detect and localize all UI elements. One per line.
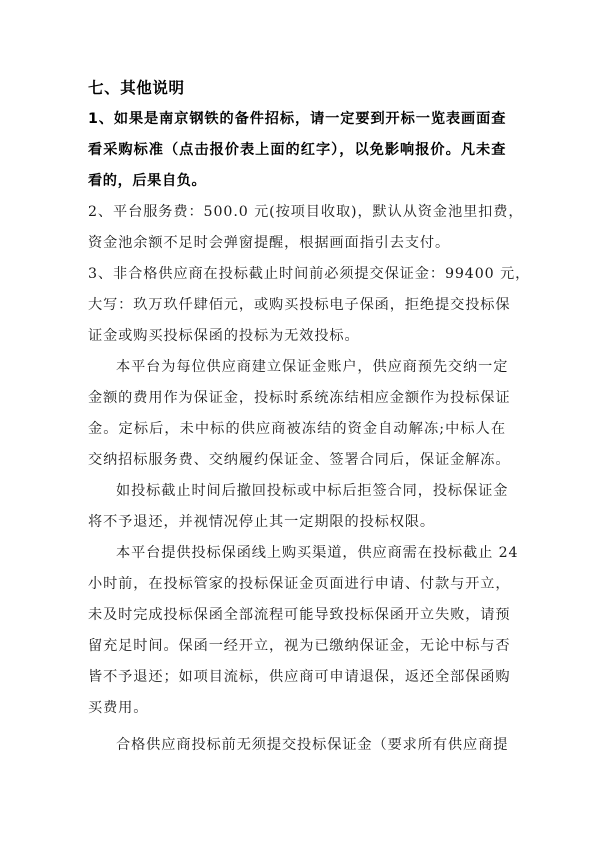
para3-line-4: 留充足时间。保函一经开立，视为已缴纳保证金，无论中标与否: [88, 637, 506, 655]
para3-line-1: 本平台提供投标保函线上购买渠道，供应商需在投标截止 24: [88, 544, 506, 562]
para3-line-5: 皆不予退还；如项目流标，供应商可申请退保，返还全部保函购: [88, 668, 506, 686]
para4-line-1: 合格供应商投标前无须提交投标保证金（要求所有供应商提: [88, 736, 506, 754]
section-heading: 七、其他说明: [88, 79, 506, 97]
para1-line-3: 金。定标后，未中标的供应商被冻结的资金自动解冻;中标人在: [88, 420, 506, 438]
para2-line-1: 如投标截止时间后撤回投标或中标后拒签合同，投标保证金: [88, 482, 506, 500]
para1-line-2: 金额的费用作为保证金，投标时系统冻结相应金额作为投标保证: [88, 389, 506, 407]
item2-line-1: 2、平台服务费：500.0 元(按项目收取)，默认从资金池里扣费，: [88, 203, 506, 221]
para3-line-2: 小时前，在投标管家的投标保证金页面进行申请、付款与开立，: [88, 575, 506, 593]
item1-line-2: 看采购标准（点击报价表上面的红字），以免影响报价。凡未查: [88, 141, 506, 159]
para1-line-4: 交纳招标服务费、交纳履约保证金、签署合同后，保证金解冻。: [88, 451, 506, 469]
item3-line-1: 3、非合格供应商在投标截止时间前必须提交保证金：99400 元，: [88, 265, 506, 283]
para3-line-6: 买费用。: [88, 699, 506, 717]
para1-line-1: 本平台为每位供应商建立保证金账户，供应商预先交纳一定: [88, 358, 506, 376]
item1-line-3: 看的，后果自负。: [88, 172, 506, 190]
para3-line-3: 未及时完成投标保函全部流程可能导致投标保函开立失败，请预: [88, 606, 506, 624]
item1-line-1: 1、如果是南京钢铁的备件招标，请一定要到开标一览表画面查: [88, 110, 506, 128]
item3-line-2: 大写：玖万玖仟肆佰元，或购买投标电子保函，拒绝提交投标保: [88, 296, 506, 314]
para2-line-2: 将不予退还，并视情况停止其一定期限的投标权限。: [88, 513, 506, 531]
item3-line-3: 证金或购买投标保函的投标为无效投标。: [88, 327, 506, 345]
item2-line-2: 资金池余额不足时会弹窗提醒，根据画面指引去支付。: [88, 234, 506, 252]
